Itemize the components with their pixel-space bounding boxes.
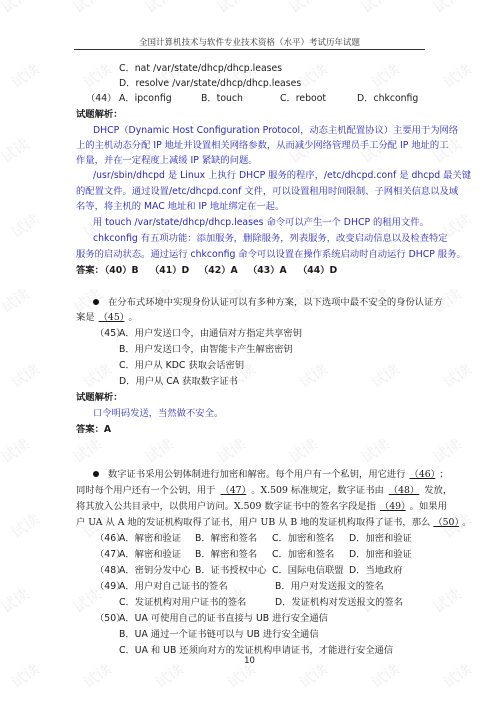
q48-option-a: A．密钥分发中心 xyxy=(119,565,190,577)
blank-46: （46） xyxy=(406,469,440,480)
q47-option-b: B．解密和签名 xyxy=(195,549,257,561)
q50-option-b: B．UA 通过一个证书链可以与 UB 进行安全通信 xyxy=(119,629,319,641)
blank-47: （47） xyxy=(215,485,251,496)
answer-item: （44）D xyxy=(298,265,337,277)
q46-option-c: C．加密和签名 xyxy=(272,533,334,545)
q45-option-c: C．用户从 KDC 获取会话密钥 xyxy=(119,360,244,372)
q46-50-stem: 户 UA 从 A 地的发证机构取得了证书，用户 UB 从 B 地的发证机构取得了… xyxy=(76,517,471,529)
q49-option-a: A．用户对自己证书的签名 xyxy=(119,581,228,593)
answer-item: （41）D xyxy=(150,265,189,277)
q44-option-c: C．reboot xyxy=(280,93,326,105)
q45-stem: 在分布式环境中实现身份认证可以有多种方案，以下选项中最不安全的身份认证方 xyxy=(93,297,443,309)
analysis-text: 用 touch /var/state/dhcp/dhcp.leases 命令可以… xyxy=(93,217,429,229)
analysis-text: 上的主机动态分配 IP 地址并设置相关网络参数，从而减少网络管理员手工分配 IP… xyxy=(76,140,449,152)
analysis-text: 的配置文件。通过设置/etc/dhcpd.conf 文件，可以设置租用时间限制、… xyxy=(76,186,458,198)
q43-option-d: D．resolve /var/state/dhcp/dhcp.leases xyxy=(119,78,301,90)
page-header: 全国计算机技术与软件专业技术资格（水平）考试历年试题 xyxy=(74,36,425,48)
page-number: 10 xyxy=(0,656,499,666)
blank-49: （49） xyxy=(376,501,410,512)
q44-option-a: A．ipconfig xyxy=(119,93,172,105)
q49-option-c: C．发证机构对用户证书的签名 xyxy=(119,597,246,609)
q46-option-b: B．解密和签名 xyxy=(195,533,257,545)
analysis-text: chkconfig 有五项功能：添加服务，删除服务，列表服务，改变启动信息以及检… xyxy=(93,233,448,245)
bullet-icon xyxy=(93,471,99,477)
q48-option-c: C．国际电信联盟 xyxy=(272,565,344,577)
header-rule xyxy=(74,49,425,50)
q47-option-c: C．加密和签名 xyxy=(272,549,334,561)
blank-50: （50） xyxy=(430,517,462,528)
q44-option-d: D．chkconfig xyxy=(357,93,418,105)
document-page: 全国计算机技术与软件专业技术资格（水平）考试历年试题 C．nat /var/st… xyxy=(0,0,499,706)
q45-option-a: A．用户发送口令，由通信对方指定共享密钥 xyxy=(119,328,302,340)
analysis-text: 服务的启动状态。通过运行 chkconfig 命令可以设置在操作系统启动时自动运… xyxy=(76,249,466,261)
analysis-text: 口令明码发送，当然做不安全。 xyxy=(93,408,223,420)
analysis-text: 名等，将主机的 MAC 地址和 IP 地址绑定在一起。 xyxy=(76,201,284,213)
q43-option-c: C．nat /var/state/dhcp/dhcp.leases xyxy=(119,63,282,75)
q44-number: （44） xyxy=(86,93,116,105)
analysis-text: DHCP（Dynamic Host Configuration Protocol… xyxy=(93,125,458,137)
analysis-text: 作量，并在一定程度上减缓 IP 紧缺的问题。 xyxy=(76,155,258,167)
answer-item: （42）A xyxy=(199,265,238,277)
answer-value: A xyxy=(104,424,111,435)
answer-item: （43）A xyxy=(248,265,287,277)
q46-50-stem: 数字证书采用公钥体制进行加密和解密。每个用户有一个私钥，用它进行（46）； xyxy=(93,469,449,481)
q46-option-d: D．加密和验证 xyxy=(349,533,412,545)
analysis-label: 试题解析： xyxy=(76,392,123,404)
q47-option-a: A．解密和验证 xyxy=(119,549,181,561)
answer-label: 答案：A xyxy=(76,424,111,436)
q45-option-b: B．用户发送口令，由智能卡产生解密密钥 xyxy=(119,344,293,356)
q44-option-b: B．touch xyxy=(201,93,243,105)
analysis-label: 试题解析： xyxy=(76,109,123,121)
blank-45: （45） xyxy=(95,312,129,323)
q49-option-d: D．发证机构对发送报文的签名 xyxy=(275,597,403,609)
q45-option-d: D．用户从 CA 获取数字证书 xyxy=(119,376,238,388)
q45-stem: 案是（45）。 xyxy=(76,312,138,324)
answer-item: （40）B xyxy=(100,265,139,277)
q48-option-d: D．当地政府 xyxy=(349,565,403,577)
blank-48: （48） xyxy=(384,485,424,496)
q48-option-b: B．证书授权中心 xyxy=(195,565,266,577)
q46-50-stem: 同时每个用户还有一个公钥，用于（47）。X.509 标准规定，数字证书由（48）… xyxy=(76,485,452,497)
analysis-text: /usr/sbin/dhcpd 是 Linux 上执行 DHCP 服务的程序，/… xyxy=(93,170,471,182)
q46-50-stem: 将其放入公共目录中，以供用户访问。X.509 数字证书中的签名字段是指（49）。… xyxy=(76,501,447,513)
bullet-icon xyxy=(93,299,99,305)
q49-option-b: B．用户对发送报文的签名 xyxy=(275,581,384,593)
q50-option-a: A．UA 可使用自己的证书直接与 UB 进行安全通信 xyxy=(119,613,328,625)
q46-option-a: A．解密和验证 xyxy=(119,533,181,545)
q47-option-d: D．加密和验证 xyxy=(349,549,412,561)
